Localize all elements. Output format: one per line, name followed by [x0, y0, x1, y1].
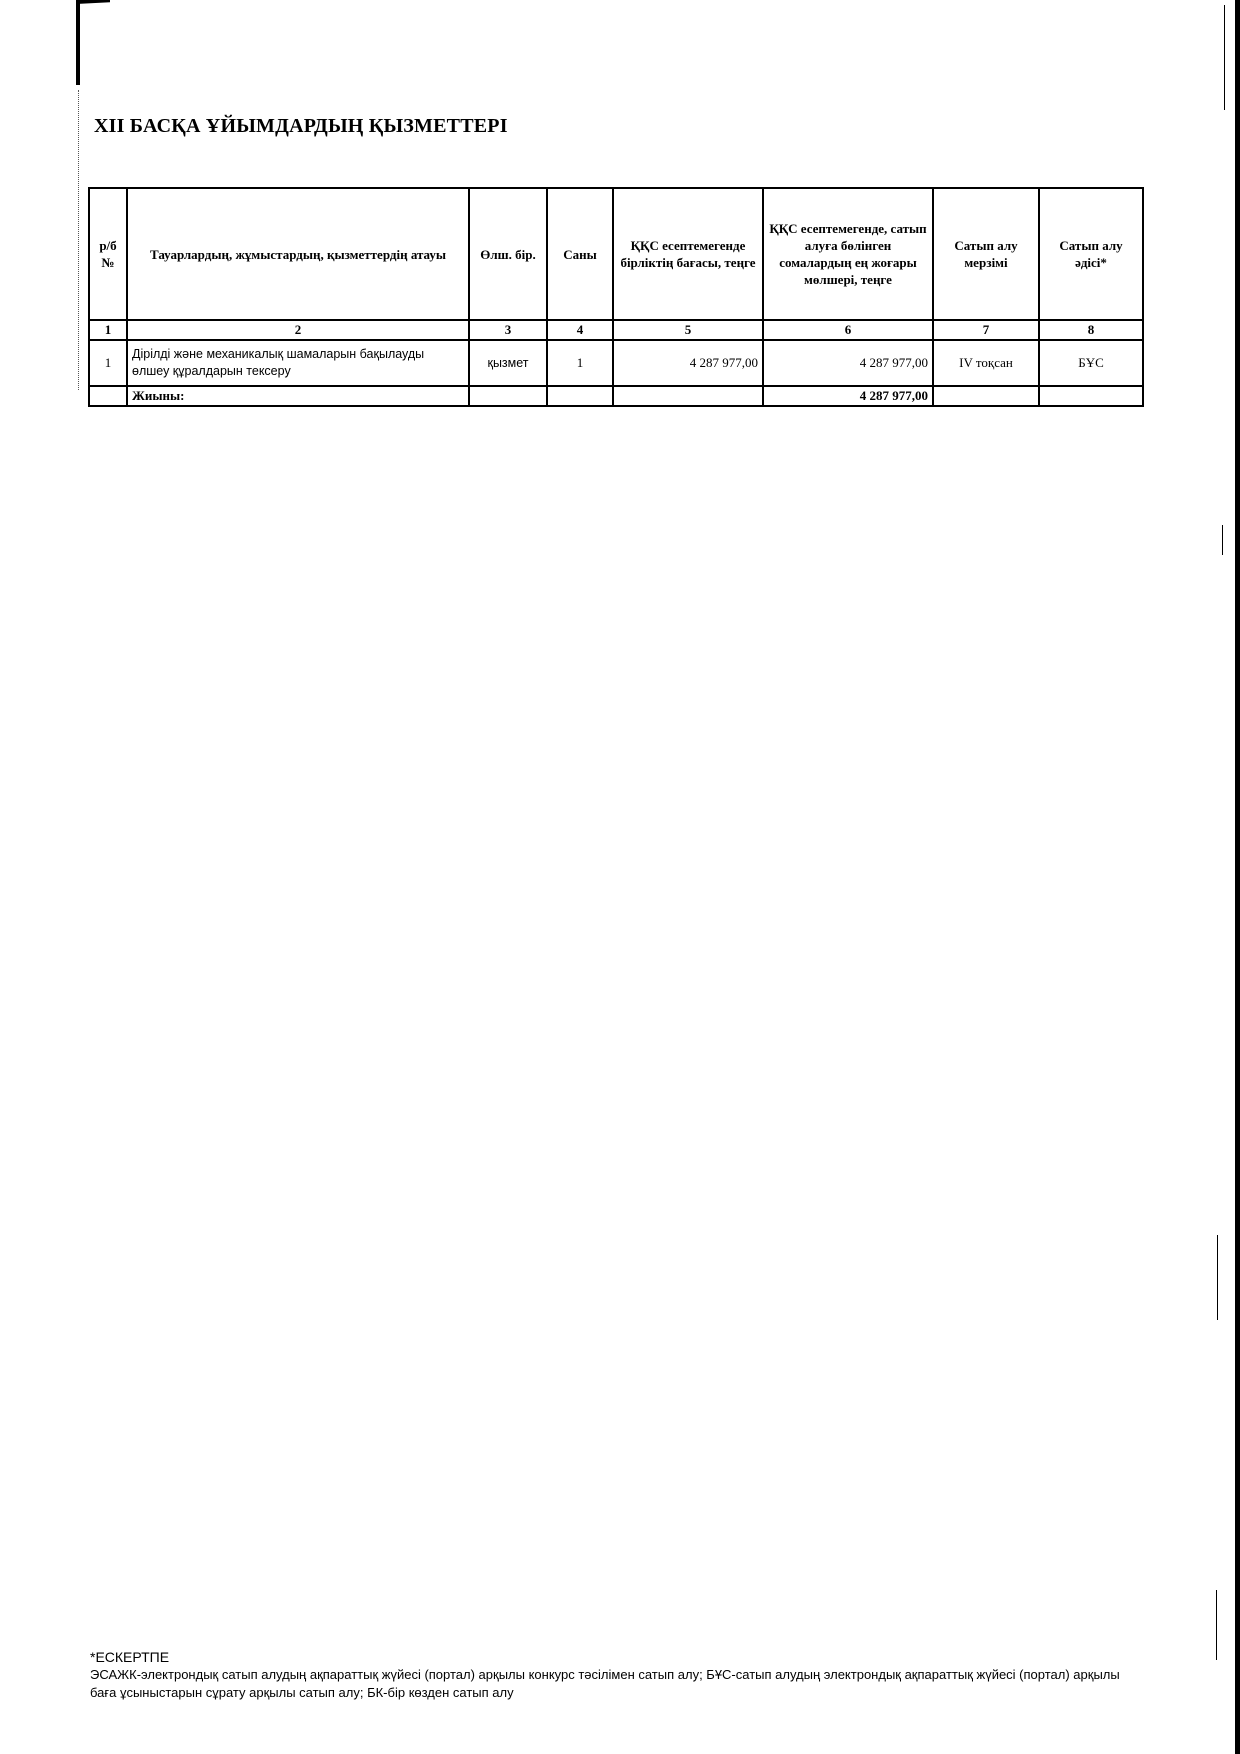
column-number: 8 [1039, 320, 1143, 340]
procurement-table: р/б № Тауарлардың, жұмыстардың, қызметте… [88, 187, 1144, 407]
scan-edge-artifact [1216, 1590, 1217, 1660]
total-empty-cell [1039, 386, 1143, 406]
scan-edge-artifact [76, 0, 110, 4]
column-number: 2 [127, 320, 469, 340]
column-number: 1 [89, 320, 127, 340]
scan-edge-artifact [1235, 0, 1240, 1754]
total-empty-cell [933, 386, 1039, 406]
header-item-name: Тауарлардың, жұмыстардың, қызметтердің а… [127, 188, 469, 320]
scan-edge-artifact [1224, 5, 1225, 110]
column-number-row: 1 2 3 4 5 6 7 8 [89, 320, 1143, 340]
item-name: Дірілді және механикалық шамаларын бақыл… [127, 340, 469, 386]
scan-edge-artifact [1217, 1235, 1218, 1320]
header-procurement-method: Сатып алу әдісі* [1039, 188, 1143, 320]
column-number: 4 [547, 320, 613, 340]
page-title: XII БАСҚА ҰЙЫМДАРДЫҢ ҚЫЗМЕТТЕРІ [94, 115, 508, 138]
total-empty-cell [469, 386, 547, 406]
total-empty-cell [547, 386, 613, 406]
row-number: 1 [89, 340, 127, 386]
header-procurement-period: Сатып алу мерзімі [933, 188, 1039, 320]
header-max-amount: ҚҚС есептемегенде, сатып алуға бөлінген … [763, 188, 933, 320]
footnote-text: ЭСАЖК-электрондық сатып алудың ақпаратты… [90, 1666, 1140, 1702]
item-quantity: 1 [547, 340, 613, 386]
total-empty-cell [613, 386, 763, 406]
header-unit: Өлш. бір. [469, 188, 547, 320]
item-max-amount: 4 287 977,00 [763, 340, 933, 386]
footnote: *ЕСКЕРТПЕ ЭСАЖК-электрондық сатып алудың… [90, 1648, 1140, 1702]
column-number: 3 [469, 320, 547, 340]
scan-edge-artifact [76, 0, 80, 85]
scan-noise [78, 90, 80, 390]
table-row: 1 Дірілді және механикалық шамаларын бақ… [89, 340, 1143, 386]
header-quantity: Саны [547, 188, 613, 320]
column-number: 5 [613, 320, 763, 340]
total-label: Жиыны: [127, 386, 469, 406]
table-header-row: р/б № Тауарлардың, жұмыстардың, қызметте… [89, 188, 1143, 320]
item-procurement-method: БҰС [1039, 340, 1143, 386]
item-unit: қызмет [469, 340, 547, 386]
header-unit-price: ҚҚС есептемегенде бірліктің бағасы, теңг… [613, 188, 763, 320]
scan-edge-artifact [1222, 525, 1223, 555]
item-procurement-period: IV тоқсан [933, 340, 1039, 386]
column-number: 7 [933, 320, 1039, 340]
total-max-amount: 4 287 977,00 [763, 386, 933, 406]
item-unit-price: 4 287 977,00 [613, 340, 763, 386]
footnote-title: *ЕСКЕРТПЕ [90, 1648, 1140, 1666]
header-row-number: р/б № [89, 188, 127, 320]
total-empty-cell [89, 386, 127, 406]
total-row: Жиыны: 4 287 977,00 [89, 386, 1143, 406]
column-number: 6 [763, 320, 933, 340]
